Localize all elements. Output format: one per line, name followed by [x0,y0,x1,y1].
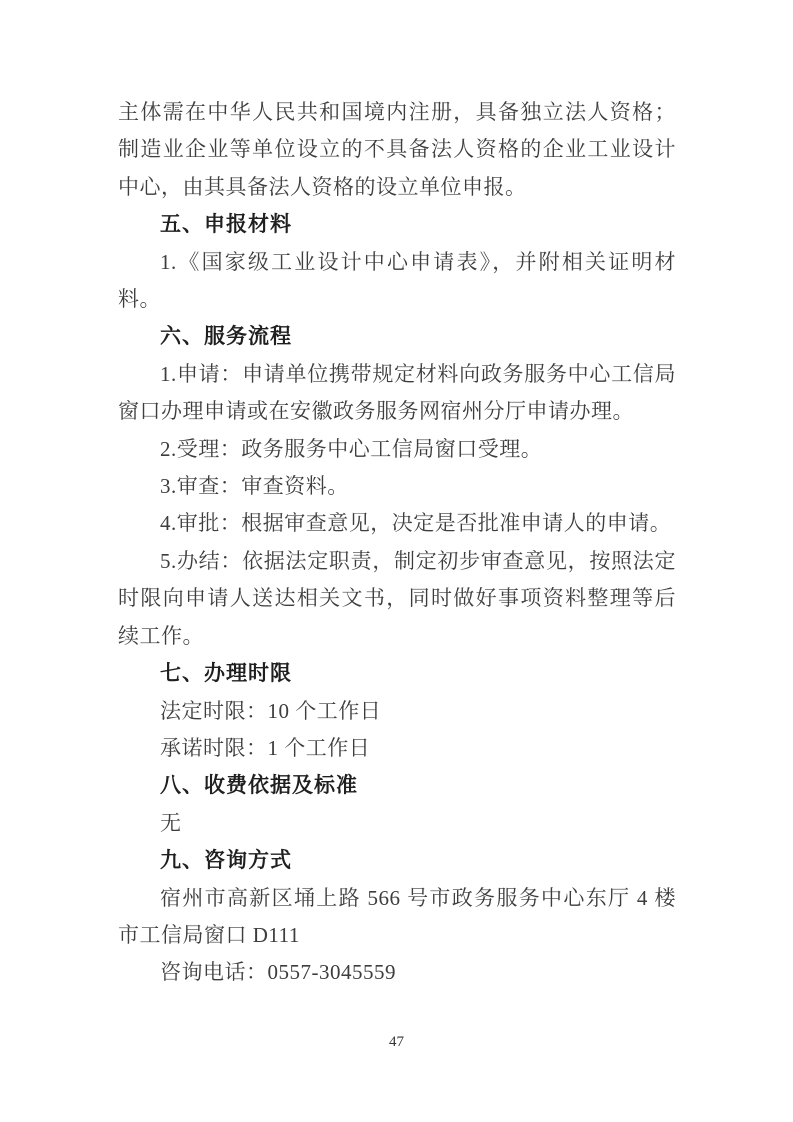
paragraph-promised-limit: 承诺时限：1 个工作日 [118,730,676,767]
paragraph-step-5: 5.办结：依据法定职责，制定初步审查意见，按照法定时限向申请人送达相关文书，同时… [118,543,676,655]
section-heading-6: 六、服务流程 [118,318,676,355]
document-body: 主体需在中华人民共和国境内注册，具备独立法人资格；制造业企业等单位设立的不具备法… [118,94,676,992]
paragraph-statutory-limit: 法定时限：10 个工作日 [118,693,676,730]
paragraph-continuation: 主体需在中华人民共和国境内注册，具备独立法人资格；制造业企业等单位设立的不具备法… [118,94,676,206]
page-number: 47 [0,1034,793,1051]
section-heading-5: 五、申报材料 [118,206,676,243]
paragraph-step-1: 1.申请：申请单位携带规定材料向政务服务中心工信局窗口办理申请或在安徽政务服务网… [118,356,676,431]
paragraph-address: 宿州市高新区埇上路 566 号市政务服务中心东厅 4 楼市工信局窗口 D111 [118,880,676,955]
section-heading-9: 九、咨询方式 [118,842,676,879]
paragraph-phone: 咨询电话：0557-3045559 [118,954,676,991]
paragraph-step-4: 4.审批：根据审查意见，决定是否批准申请人的申请。 [118,505,676,542]
document-page: 主体需在中华人民共和国境内注册，具备独立法人资格；制造业企业等单位设立的不具备法… [0,0,793,1122]
section-heading-7: 七、办理时限 [118,655,676,692]
paragraph-step-3: 3.审查：审查资料。 [118,468,676,505]
section-heading-8: 八、收费依据及标准 [118,767,676,804]
paragraph-fee-none: 无 [118,805,676,842]
paragraph-step-2: 2.受理：政务服务中心工信局窗口受理。 [118,431,676,468]
paragraph: 1.《国家级工业设计中心申请表》，并附相关证明材料。 [118,244,676,319]
